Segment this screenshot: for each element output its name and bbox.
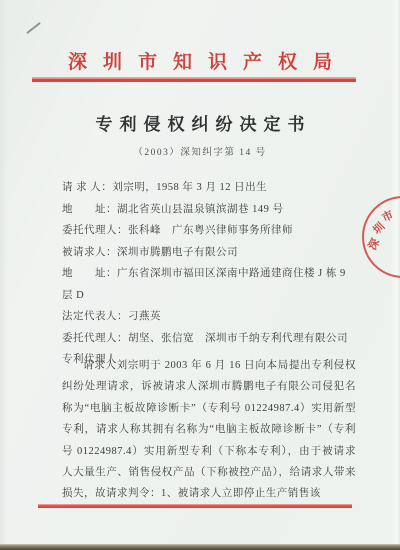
document-number: （2003）深知纠字第 14 号 <box>0 144 400 158</box>
scan-edge-left <box>0 0 7 545</box>
scanned-document-page: 深圳市知识产权局 专利侵权纠纷决定书 （2003）深知纠字第 14 号 请 求 … <box>0 0 400 550</box>
seal-character: 深 <box>364 235 383 252</box>
party-line-respondent: 被请求人：深圳市腾鹏电子有限公司 <box>62 242 358 264</box>
header-red-rule <box>32 77 356 82</box>
document-title: 专利侵权纠纷决定书 <box>0 110 400 135</box>
party-line-claimant: 请 求 人：刘宗明，1958 年 3 月 12 日出生 <box>62 177 358 199</box>
party-line-legal-representative: 法定代表人：刁燕英 <box>62 306 358 328</box>
agency-header: 深圳市知识产权局 <box>0 47 400 74</box>
party-line-respondent-address: 地 址：广东省深圳市福田区深南中路通建商住楼 J 栋 9 层 D <box>62 263 358 306</box>
body-paragraph: 请求人刘宗明于 2003 年 6 月 16 日向本局提出专利侵权纠纷处理请求，诉… <box>62 355 356 505</box>
party-line-claimant-address: 地 址：湖北省英山县温泉镇滨湖巷 149 号 <box>62 199 358 221</box>
party-line-claimant-agent: 委托代理人：张科峰 广东粤兴律师事务所律师 <box>62 220 358 242</box>
pen-tick-mark <box>26 22 41 34</box>
scan-bottom-edge <box>0 544 400 550</box>
footer-red-rule <box>38 504 352 508</box>
party-information-block: 请 求 人：刘宗明，1958 年 3 月 12 日出生 地 址：湖北省英山县温泉… <box>62 177 358 371</box>
official-seal-stamp: 深 圳 市 <box>362 196 400 278</box>
